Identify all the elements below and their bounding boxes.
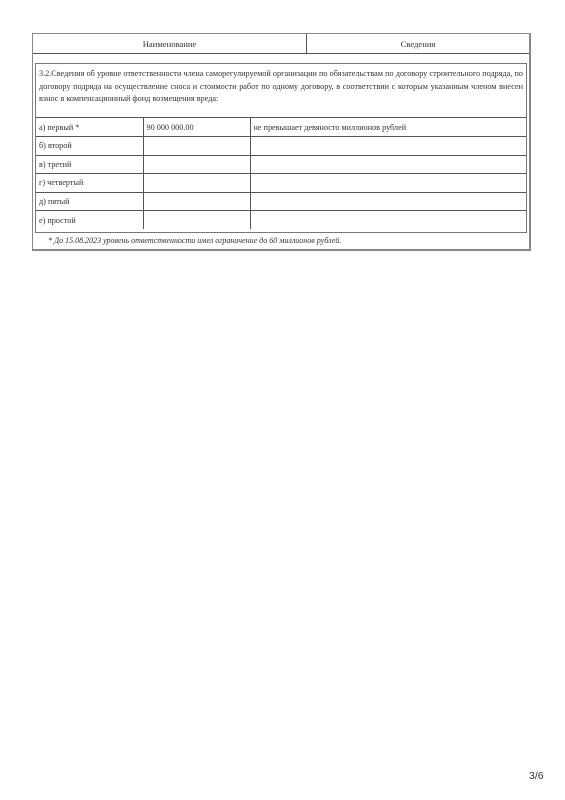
amount-cell <box>143 174 250 193</box>
amount-cell <box>143 211 250 230</box>
section-intro-text: 3.2.Сведения об уровне ответственности ч… <box>36 64 526 118</box>
table-row: д) пятый <box>36 192 526 211</box>
table-row: б) второй <box>36 137 526 156</box>
description-cell <box>250 137 526 156</box>
description-cell <box>250 174 526 193</box>
level-cell: г) четвертый <box>36 174 143 193</box>
level-cell: б) второй <box>36 137 143 156</box>
footnote: * До 15.08.2023 уровень ответственности … <box>48 236 341 245</box>
table-row: в) третий <box>36 155 526 174</box>
document-frame: Наименование Сведения 3.2.Сведения об ур… <box>32 33 531 251</box>
table-header: Наименование Сведения <box>33 34 529 54</box>
description-cell <box>250 211 526 230</box>
page-number: 3/6 <box>529 770 544 782</box>
level-cell: д) пятый <box>36 192 143 211</box>
liability-levels-table: а) первый * 90 000 000.00 не превышает д… <box>36 118 526 229</box>
amount-cell: 90 000 000.00 <box>143 118 250 137</box>
table-row: е) простой <box>36 211 526 230</box>
amount-cell <box>143 155 250 174</box>
level-cell: е) простой <box>36 211 143 230</box>
amount-cell <box>143 192 250 211</box>
level-cell: в) третий <box>36 155 143 174</box>
header-name-column: Наименование <box>33 34 307 53</box>
description-cell: не превышает девяносто миллионов рублей <box>250 118 526 137</box>
table-row: а) первый * 90 000 000.00 не превышает д… <box>36 118 526 137</box>
header-info-column: Сведения <box>307 34 529 53</box>
description-cell <box>250 155 526 174</box>
level-cell: а) первый * <box>36 118 143 137</box>
description-cell <box>250 192 526 211</box>
liability-section: 3.2.Сведения об уровне ответственности ч… <box>35 63 527 233</box>
amount-cell <box>143 137 250 156</box>
table-row: г) четвертый <box>36 174 526 193</box>
